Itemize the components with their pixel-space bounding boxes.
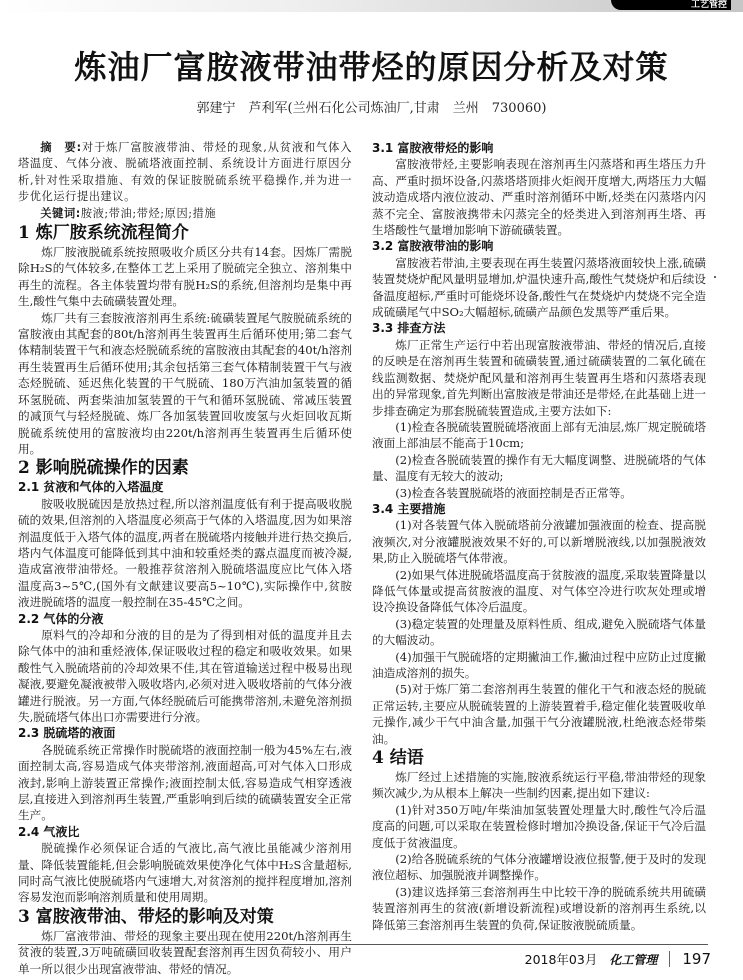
section-3-1-paragraph: 富胺液带烃,主要影响表现在溶剂再生闪蒸塔和再生塔压力升高、严重时损坏设备,闪蒸塔…: [372, 156, 706, 238]
section-3-paragraph: 炼厂富液带油、带烃的现象主要出现在使用220t/h溶剂再生贫液的装置,3万吨硫磺…: [18, 928, 352, 977]
section-2-2-heading: 2.2 气体的分液: [18, 611, 352, 627]
section-4-heading: 4 结语: [372, 748, 706, 769]
section-1-paragraph-1: 炼厂胺液脱硫系统按照吸收介质区分共有14套。因炼厂需脱除H₂S的气体较多,在整体…: [18, 244, 352, 310]
section-3-4-heading: 3.4 主要措施: [372, 501, 706, 517]
keywords: 关键词:胺液;带油;带烃;原因;措施: [18, 206, 352, 222]
suggestion-item: (2)给各脱硫系统的气体分液罐增设液位报警,便于及时的发现液位超标、加强脱液并调…: [372, 851, 706, 884]
right-column: 3.1 富胺液带烃的影响 富胺液带烃,主要影响表现在溶剂再生闪蒸塔和再生塔压力升…: [372, 140, 706, 933]
section-2-3-heading: 2.3 脱硫塔的液面: [18, 725, 352, 741]
check-item: (1)检查各脱硫装置脱硫塔液面上部有无油层,炼厂规定脱硫塔液面上部油层不能高于1…: [372, 419, 706, 452]
footer-divider: [669, 951, 670, 967]
section-1-heading: 1 炼厂胺系统流程简介: [18, 223, 352, 244]
section-3-3-heading: 3.3 排查方法: [372, 320, 706, 336]
section-2-1-heading: 2.1 贫液和气体的入塔温度: [18, 479, 352, 495]
section-1-paragraph-2: 炼厂共有三套胺液溶剂再生系统:硫磺装置尾气胺脱硫系统的富胺液由其配套的80t/h…: [18, 310, 352, 458]
measure-item: (3)稳定装置的处理量及原料性质、组成,避免入脱硫塔气体量的大幅波动。: [372, 616, 706, 649]
issue-date: 2018年03月: [525, 950, 598, 968]
section-2-3-paragraph: 各脱硫系统正常操作时脱硫塔的液面控制一般为45%左右,液面控制太高,容易造成气体…: [18, 742, 352, 824]
section-3-2-paragraph: 富胺液若带油,主要表现在再生装置闪蒸塔液面较快上涨,硫磺装置焚烧炉配风量明显增加…: [372, 255, 706, 321]
check-item: (2)检查各脱硫装置的操作有无大幅度调整、进脱硫塔的气体量、温度有无较大的波动;: [372, 452, 706, 485]
section-3-1-heading: 3.1 富胺液带烃的影响: [372, 140, 706, 156]
measure-item: (4)加强干气脱硫塔的定期撇油工作,撇油过程中应防止过度撇油造成溶剂的损失。: [372, 649, 706, 682]
footer-rule: [18, 944, 708, 945]
measure-item: (1)对各装置气体入脱硫塔前分液罐加强液面的检查、提高脱液频次,对分液罐脱液效果…: [372, 517, 706, 566]
left-column: 摘 要:对于炼厂富胺液带油、带烃的现象,从贫液和气体入塔温度、气体分液、脱硫塔液…: [18, 140, 352, 977]
suggestion-item: (3)建议选择第三套溶剂再生中比较干净的脱硫系统共用硫磺装置溶剂再生的贫液(新增…: [372, 884, 706, 933]
journal-logo: 化工管理: [609, 951, 657, 968]
page-footer: 2018年03月 化工管理 197: [525, 950, 711, 968]
section-2-4-heading: 2.4 气液比: [18, 824, 352, 840]
measure-item: (5)对于炼厂第二套溶剂再生装置的催化干气和液态烃的脱硫正常运转,主要应从脱硫装…: [372, 681, 706, 747]
section-3-3-paragraph: 炼厂正常生产运行中若出现富胺液带油、带烃的情况后,直接的反映是在溶剂再生装置和硫…: [372, 337, 706, 419]
scan-speck: [714, 276, 716, 278]
section-2-2-paragraph: 原料气的冷却和分液的目的是为了得到相对低的温度并且去除气体中的油和重烃液体,保证…: [18, 627, 352, 725]
measure-item: (2)如果气体进脱硫塔温度高于贫胺液的温度,采取装置降量以降低气体量或提高贫胺液…: [372, 567, 706, 616]
section-3-2-heading: 3.2 富胺液带油的影响: [372, 238, 706, 254]
article-authors: 郭建宁 芦利军(兰州石化公司炼油厂,甘肃 兰州 730060): [0, 97, 743, 116]
suggestion-item: (1)针对350万吨/年柴油加氢装置处理量大时,酸性气冷后温度高的问题,可以采取…: [372, 802, 706, 851]
abstract: 摘 要:对于炼厂富胺液带油、带烃的现象,从贫液和气体入塔温度、气体分液、脱硫塔液…: [18, 140, 352, 206]
section-4-paragraph: 炼厂经过上述措施的实施,胺液系统运行平稳,带油带烃的现象频次减少,为从根本上解决…: [372, 769, 706, 802]
keywords-text: 胺液;带油;带烃;原因;措施: [81, 207, 216, 220]
section-3-heading: 3 富胺液带油、带烃的影响及对策: [18, 907, 352, 928]
page-number: 197: [682, 950, 711, 968]
section-2-1-paragraph: 胺吸收脱硫因是放热过程,所以溶剂温度低有利于提高吸收脱硫的效果,但溶剂的入塔温度…: [18, 496, 352, 611]
keywords-label: 关键词:: [40, 207, 80, 220]
section-tag: 工艺管控: [611, 0, 731, 10]
check-item: (3)检查各装置脱硫塔的液面控制是否正常等。: [372, 485, 706, 501]
section-2-heading: 2 影响脱硫操作的因素: [18, 458, 352, 479]
section-2-4-paragraph: 脱硫操作必须保证合适的气液比,高气液比虽能减少溶剂用量、降低装置能耗,但会影响脱…: [18, 840, 352, 906]
article-title: 炼油厂富胺液带油带烃的原因分析及对策: [0, 42, 743, 88]
abstract-label: 摘 要:: [40, 141, 81, 154]
